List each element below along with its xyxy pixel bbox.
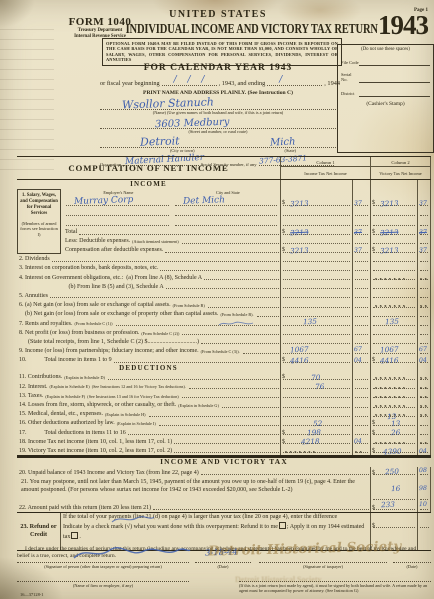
- handwritten-city: Detroit: [140, 134, 180, 148]
- income-section-band: INCOME: [17, 180, 431, 189]
- signature-scribble: [72, 544, 192, 562]
- form-line-16: 16. Other deductions authorized by law.(…: [17, 418, 431, 427]
- calendar-year-title: FOR CALENDAR YEAR 1943: [102, 63, 334, 73]
- fiscal-begin-blank: / / /: [162, 77, 217, 86]
- serial-label: Serial No.: [341, 73, 359, 83]
- form-header: UNITED STATES INDIVIDUAL INCOME AND VICT…: [90, 9, 346, 38]
- form-line-4b: (b) From line B (5) and (3), Schedule A: [17, 282, 431, 291]
- tax-year: 1943: [378, 13, 428, 37]
- form-line-13: 13. Taxes.(Explain in Schedule F) (See I…: [17, 391, 431, 400]
- file-code-line: File Code: [338, 59, 433, 66]
- date-caption: (Date): [393, 562, 431, 569]
- print-instruction: PRINT NAME AND ADDRESS PLAINLY. (See Ins…: [102, 90, 334, 96]
- form-line-6b: (b) Net gain (or loss) from sale or exch…: [17, 309, 431, 318]
- form-line-11: 11. Contributions.(Explain in Schedule D…: [17, 372, 431, 381]
- form-line-19: 19. Victory Tax net income (item 10, col…: [17, 446, 431, 455]
- serial-line: Serial No.: [338, 73, 433, 83]
- pen-scribble: [218, 320, 254, 327]
- fiscal-prefix: or fiscal year beginning: [100, 80, 160, 87]
- form-line-10: 10. Total income in items 1 to 9 $4416 0…: [17, 355, 431, 364]
- form-line-14: 14. Losses from fire, storm, shipwreck, …: [17, 400, 431, 409]
- form-line-15: 15. Medical, dental, etc., expenses.(Exp…: [17, 409, 431, 418]
- scanned-tax-form-1040: FORM 1040 Treasury Department Internal R…: [0, 0, 434, 599]
- form-line-3: 3. Interest on corporation bonds, bank d…: [17, 263, 431, 272]
- employer-name-blank: Murray Corp: [66, 205, 169, 206]
- form-line-21: 21. You may postpone, until not later th…: [17, 477, 431, 502]
- cashier-stamp-label: (Cashier's Stamp): [338, 101, 433, 107]
- handwritten-marks: / / /: [174, 75, 209, 85]
- form-line-5: 5. Annuities: [17, 291, 431, 300]
- form-line-8-receipts: (State total receipts, from line 1, Sche…: [17, 337, 431, 346]
- income-section-title: INCOME: [17, 180, 280, 189]
- tax-section-title: INCOME AND VICTORY TAX: [17, 457, 431, 467]
- name-line: Wsollor Stanuch: [100, 97, 336, 110]
- refund-checkbox: [279, 522, 286, 529]
- employer-entry-line: Murray Corp Det Mich $3213 37 $3213 37: [61, 196, 431, 207]
- armed-forces-note: (Members of armed forces see Instruction…: [19, 221, 59, 238]
- ledger-lines: [0, 20, 54, 170]
- country-label: UNITED STATES: [90, 9, 346, 20]
- less-deductible-line: Less: Deductible expenses. (Attach itemi…: [61, 236, 431, 245]
- gpo-form-number: 16—37128-1: [20, 592, 43, 597]
- form-line-20: 20. Unpaid balance of 1943 Income and Vi…: [17, 467, 431, 477]
- form-line-8: 8. Net profit (or loss) from business or…: [17, 328, 431, 337]
- compensation-line: Compensation after deductible expenses. …: [61, 245, 431, 254]
- form-line-4a: 4. Interest on Government obligations, e…: [17, 272, 431, 281]
- total-line: Total $3213 37 $3213 37: [61, 227, 431, 236]
- optional-form-notice: OPTIONAL FORM 1040A MAY BE FILED INSTEAD…: [102, 38, 342, 66]
- office-use-title: (Do not use these spaces): [338, 45, 433, 52]
- handwritten-name: Wsollor Stanuch: [122, 95, 214, 111]
- street-line: 3603 Medbury: [100, 116, 336, 129]
- form-line-6a: 6. (a) Net gain (or loss) from sale or e…: [17, 300, 431, 309]
- watermark-ghost: Detroit Historical Society: [235, 575, 322, 584]
- tax-section-band: INCOME AND VICTORY TAX: [17, 455, 431, 467]
- district-label: District: [341, 92, 359, 97]
- form-line-22: 22. Amount paid with this return (item 2…: [17, 502, 431, 512]
- file-code-label: File Code: [341, 61, 359, 66]
- computation-table: COMPUTATION OF NET INCOME Column 1 Incom…: [17, 156, 431, 551]
- form-line-2: 2. Dividends: [17, 254, 431, 263]
- column2-header: Column 2 Victory Tax Net Income: [370, 157, 431, 179]
- handwritten-employer: Murray Corp: [74, 194, 134, 206]
- table-header: COMPUTATION OF NET INCOME Column 1 Incom…: [17, 157, 431, 180]
- form-line-17: 17. Total deductions in items 11 to 16 $…: [17, 427, 431, 436]
- fiscal-mid: , 1943, and ending: [219, 80, 266, 87]
- firm-row: (Name of firm or employer, if any) (If t…: [17, 581, 431, 594]
- column1-name: Column 1: [281, 160, 370, 167]
- employer-entry-line: [61, 217, 431, 227]
- employer-entry-line: [61, 207, 431, 217]
- column1-header: Column 1 Income Tax Net Income: [280, 157, 370, 179]
- form-line-9: 9. Income (or loss) from partnerships; f…: [17, 346, 431, 355]
- pen-scribble: [110, 513, 156, 525]
- handwritten-street: 3603 Medbury: [155, 117, 230, 131]
- handwritten-marks: /: [279, 75, 286, 85]
- salary-row-label: 1. Salary, Wages, and Compensation for P…: [17, 189, 61, 254]
- deductions-section-title: DEDUCTIONS: [17, 364, 280, 372]
- city-state-header: City and State: [176, 189, 280, 196]
- preparer-signature-caption: (Signature of person (other than taxpaye…: [17, 562, 189, 569]
- overpayment-options: Indicate by a check mark (√) what you wa…: [63, 522, 368, 542]
- refund-credit-label: 23. Refund or Credit: [17, 513, 61, 550]
- deductions-section-band: DEDUCTIONS: [17, 364, 431, 372]
- employer-city-blank: Det Mich: [175, 205, 278, 206]
- column2-name: Column 2: [371, 160, 430, 167]
- office-use-box: (Do not use these spaces) File Code Seri…: [337, 44, 434, 153]
- page-year: Page 1 1943: [378, 8, 428, 37]
- date-caption: (Date): [195, 562, 251, 569]
- table-title: COMPUTATION OF NET INCOME: [17, 157, 280, 179]
- salary-row-block: 1. Salary, Wages, and Compensation for P…: [17, 189, 431, 254]
- page-title: INDIVIDUAL INCOME AND VICTORY TAX RETURN: [126, 21, 378, 37]
- city-state-line: Detroit Mich: [100, 135, 336, 148]
- form-line-12: 12. Interest.(Explain in Schedule E) (Se…: [17, 381, 431, 390]
- column2-subtitle: Victory Tax Net Income: [371, 171, 430, 176]
- fiscal-end-blank: /: [267, 77, 322, 86]
- signature-captions-row: (Signature of person (other than taxpaye…: [17, 562, 431, 569]
- column1-subtitle: Income Tax Net Income: [281, 171, 370, 176]
- apply-1944-checkbox: [71, 532, 78, 539]
- district-line: District: [338, 90, 433, 97]
- taxpayer-signature-caption: (Signature of taxpayer): [259, 562, 387, 569]
- form-line-18: 18. Income Tax net income (item 10, col.…: [17, 437, 431, 446]
- fiscal-year-line: or fiscal year beginning / / / , 1943, a…: [100, 77, 340, 87]
- handwritten-employer-city: Det Mich: [182, 195, 224, 206]
- handwritten-state: Mich: [270, 137, 296, 149]
